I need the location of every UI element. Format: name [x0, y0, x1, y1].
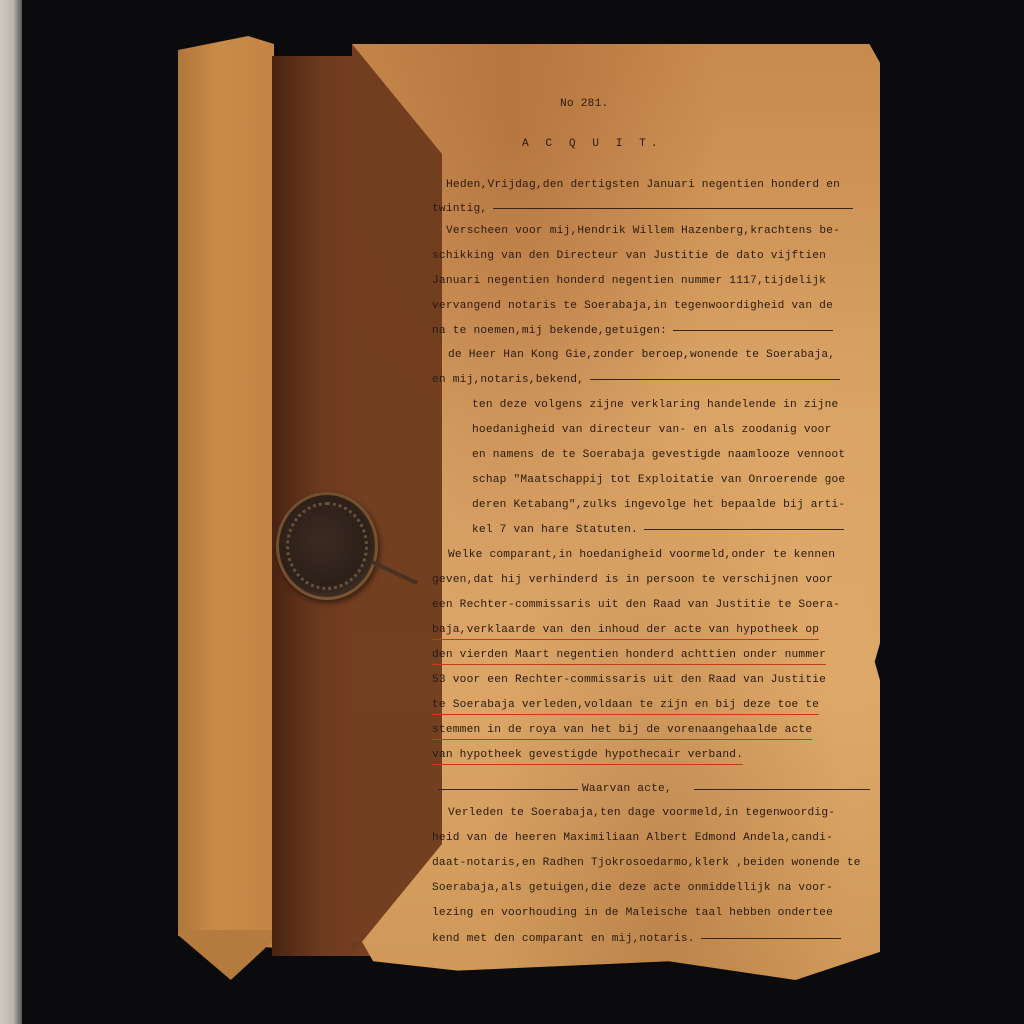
- wax-seal-icon: [276, 492, 378, 600]
- text-line: 53 voor een Rechter-commissaris uit den …: [432, 671, 826, 689]
- folded-cover-flap: [178, 36, 274, 976]
- text-line: schap "Maatschappij tot Exploitatie van …: [472, 471, 845, 489]
- text-line: kend met den comparant en mij,notaris.: [432, 930, 841, 948]
- text-line: geven,dat hij verhinderd is in persoon t…: [432, 571, 833, 589]
- document-number: No 281.: [560, 98, 608, 110]
- text-line: Verscheen voor mij,Hendrik Willem Hazenb…: [446, 222, 840, 240]
- text-line: schikking van den Directeur van Justitie…: [432, 247, 826, 265]
- text-line-underlined: stemmen in de roya van het bij de vorena…: [432, 721, 812, 740]
- text-line: Januari negentien honderd negentien numm…: [432, 272, 826, 290]
- text-line: Soerabaja,als getuigen,die deze acte onm…: [432, 879, 833, 897]
- text-line: en mij,notaris,bekend,: [432, 371, 840, 389]
- text-line: lezing en voorhouding in de Maleische ta…: [432, 904, 833, 922]
- text-line: ten deze volgens zijne verklaring handel…: [472, 396, 838, 414]
- text-line: daat-notaris,en Radhen Tjokrosoedarmo,kl…: [432, 854, 861, 872]
- text-line-centered: Waarvan acte,: [582, 780, 672, 798]
- text-line: twintig,: [432, 200, 853, 218]
- text-line: Verleden te Soerabaja,ten dage voormeld,…: [448, 804, 835, 822]
- divider-right: [694, 789, 870, 790]
- text-line-underlined: den vierden Maart negentien honderd acht…: [432, 646, 826, 665]
- text-line: hoedanigheid van directeur van- en als z…: [472, 421, 832, 439]
- divider-left: [438, 789, 578, 790]
- text-line-underlined: van hypotheek gevestigde hypothecair ver…: [432, 746, 743, 765]
- text-line: de Heer Han Kong Gie,zonder beroep,wonen…: [448, 346, 835, 364]
- text-line: een Rechter-commissaris uit den Raad van…: [432, 596, 840, 614]
- text-line: Welke comparant,in hoedanigheid voormeld…: [448, 546, 835, 564]
- text-line: heid van de heeren Maximiliaan Albert Ed…: [432, 829, 833, 847]
- inner-cover-flap-diagonal: [352, 44, 442, 964]
- text-line-underlined: baja,verklaarde van den inhoud der acte …: [432, 621, 819, 640]
- text-line: kel 7 van hare Statuten.: [472, 521, 844, 539]
- folded-cover-flap-tip: [178, 930, 274, 980]
- text-line-underlined: te Soerabaja verleden,voldaan te zijn en…: [432, 696, 819, 715]
- text-line: na te noemen,mij bekende,getuigen:: [432, 322, 833, 340]
- text-line: en namens de te Soerabaja gevestigde naa…: [472, 446, 845, 464]
- text-line: deren Ketabang",zulks ingevolge het bepa…: [472, 496, 845, 514]
- binder-edge: [0, 0, 22, 1024]
- text-line: vervangend notaris te Soerabaja,in tegen…: [432, 297, 833, 315]
- seal-ring: [286, 502, 368, 590]
- text-line: Heden,Vrijdag,den dertigsten Januari neg…: [446, 176, 840, 194]
- document-title: A C Q U I T.: [522, 138, 663, 150]
